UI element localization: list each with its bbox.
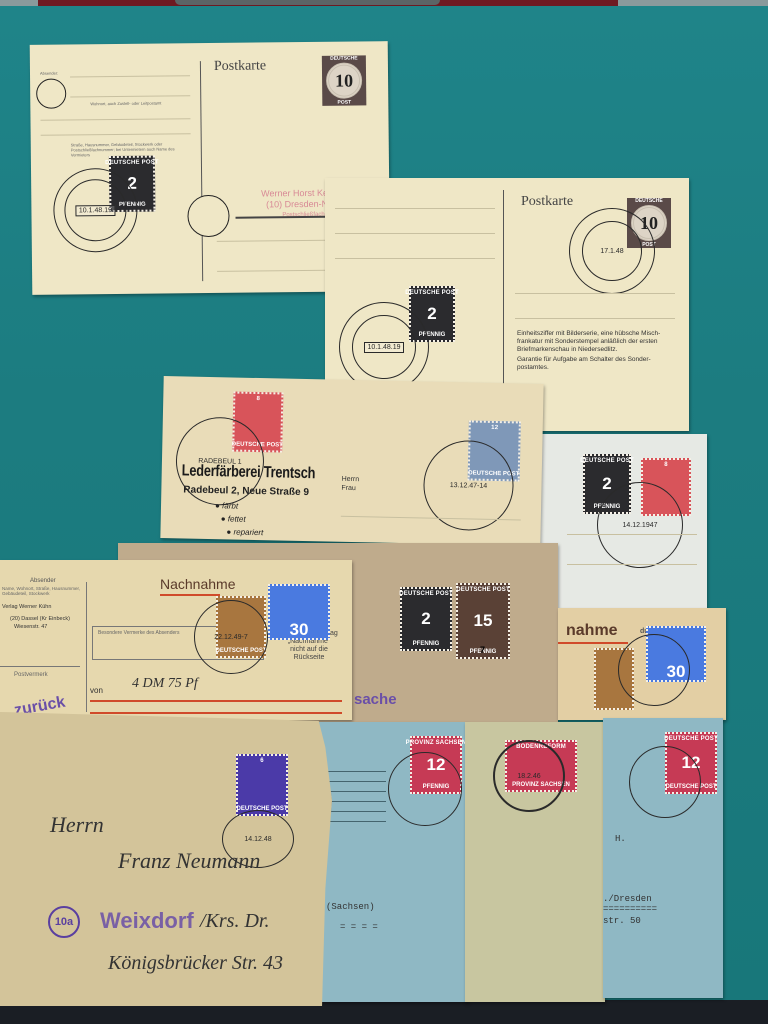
nachnahme-title: nahme <box>566 622 618 640</box>
amount-handwritten: 4 DM 75 Pf <box>132 676 198 692</box>
postvermerk: Postvermerk <box>14 672 48 678</box>
sender-street: Wiesenstr. 47 <box>14 624 47 630</box>
plate-number: 7 <box>480 645 485 655</box>
postmark-niedersedlitz: 10.1.48.19 <box>339 302 429 392</box>
nachnahme-card: Absender Name, Wohnort, Straße, Hausnumm… <box>0 560 352 720</box>
envelope-leipzig: DEUTSCHE POST 12 DEUTSCHE POST H. ./Dres… <box>603 718 723 998</box>
printed-indicium: DEUTSCHE 10 POST <box>322 55 367 105</box>
typed-line-4: str. 50 <box>603 916 641 926</box>
special-note: Besondere Vermerke des Absenders <box>98 630 179 636</box>
card-white-radebeul: DEUTSCHE POST 2 PFENNIG 8 14.12.1947 <box>537 434 707 634</box>
street: Königsbrücker Str. 43 <box>108 952 283 975</box>
postmark-dassel <box>618 634 690 706</box>
violet-stamp-text: sache <box>354 691 397 708</box>
postcard-title: Postkarte <box>214 58 266 75</box>
stamp-2pf: DEUTSCHE POST 2 PFENNIG <box>400 587 452 651</box>
hole-mark <box>36 79 66 109</box>
von-label: von <box>90 686 103 695</box>
cover-lederfaerberei: 8 DEUTSCHE POST RADEBEUL 1 12 DEUTSCHE P… <box>160 376 543 546</box>
sender-label: Absender <box>30 578 56 584</box>
postmark-leipzig <box>629 746 701 818</box>
typed-line-3: ========== <box>603 904 657 914</box>
typed-line-2: ./Dresden <box>603 894 652 904</box>
typed-address: (Sachsen) <box>326 902 375 912</box>
hole-mark <box>187 195 229 237</box>
machine-cancel-lines <box>326 762 386 830</box>
sender-caption: Name, Wohnort, Straße, Hausnummer, Gebäu… <box>2 586 82 596</box>
envelope-weixdorf: 6 DEUTSCHE POST 14.12.48 Herrn Franz Neu… <box>0 712 332 1006</box>
town-stamp: Weixdorf <box>100 908 194 934</box>
recipient-name: Franz Neumann <box>118 848 260 874</box>
guarantee-text: Garantie für Aufgabe am Schalter des Son… <box>517 356 682 372</box>
stamp-6pf: 6 DEUTSCHE POST <box>236 754 288 816</box>
typed-line-1: H. <box>615 834 626 844</box>
company-name: Lederfärberei Trentsch <box>182 462 316 483</box>
sender-name: Verlag Werner Kühn <box>2 604 51 610</box>
postmark-briefmarkenschau: 17.1.48 <box>569 208 655 294</box>
postmark-weihnachtsschau: 14.12.1947 <box>597 482 683 568</box>
postmark-niedersedlitz: 10.1.48.19 <box>53 168 138 253</box>
services-list: ● färbt ● fettet ● repariert <box>214 499 264 539</box>
stamp-30pf: 30 <box>268 584 330 640</box>
sender-label: Absender: <box>40 71 58 76</box>
postcode-circle: 10a <box>48 906 80 938</box>
nachnahme-title: Nachnahme <box>160 576 236 592</box>
recipient-labels: Herrn Frau <box>341 475 359 493</box>
info-text: Einheitsziffer mit Bilderserie, eine hüb… <box>517 330 682 354</box>
sender-city: (20) Dassel (Kr Einbeck) <box>10 616 70 622</box>
postmark-halle <box>388 752 462 826</box>
envelope-gerbstedt: BODENREFORM PROVINZ SACHSEN 18.2.46 <box>465 722 605 1002</box>
envelope-halle: PROVINZ SACHSEN 12 PFENNIG (Sachsen) = =… <box>318 722 468 1002</box>
caption-1: Wohnort, auch Zustell- oder Leitpostamt <box>90 101 161 107</box>
postcard-title: Postkarte <box>521 194 573 210</box>
postmark-dassel: 22.12.49-7 <box>194 600 268 674</box>
salutation: Herrn <box>50 812 104 838</box>
district: /Krs. Dr. <box>200 910 269 933</box>
postmark-gerbstedt: 18.2.46 <box>493 740 565 812</box>
nachnahme-card-2: nahme durch 30 <box>558 608 726 720</box>
typed-underline: = = = = <box>340 922 378 932</box>
